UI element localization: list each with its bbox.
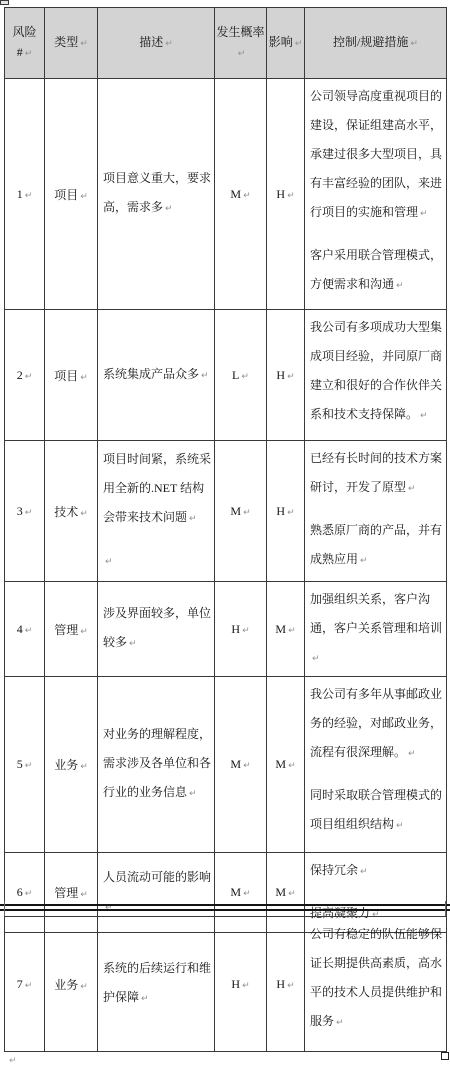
risk-number: 7 (17, 977, 33, 991)
table-row: 7 业务 系统的后续运行和维护保障 H H 公司有稳定的队伍能够保证长期提供高素… (5, 917, 447, 1052)
risk-description (103, 546, 212, 577)
risk-description: 系统的后续运行和维护保障 (103, 954, 212, 1014)
header-label: 影响 (269, 35, 303, 49)
risk-probability: M (230, 757, 250, 771)
risk-type-cell[interactable]: 管理 (45, 582, 98, 677)
risk-probability: M (230, 187, 250, 201)
risk-impact: M (275, 757, 295, 771)
risk-description: 人员流动可能的影响 (103, 863, 212, 923)
risk-type: 业务 (54, 978, 88, 992)
risk-description: 系统集成产品众多 (103, 360, 212, 391)
risk-probability-cell[interactable]: M (215, 677, 267, 853)
control-measure: 加强组织关系，客户沟通，客户关系管理和培训 (310, 585, 444, 674)
risk-controls-cell[interactable]: 公司有稳定的队伍能够保证长期提供高素质，高水平的技术人员提供维护和服务 (305, 917, 447, 1052)
risk-number-cell[interactable]: 3 (5, 441, 45, 582)
risk-controls-cell[interactable]: 我公司有多项成功大型集成项目经验，并同原厂商建立和很好的合作伙伴关系和技术支持保… (305, 310, 447, 441)
risk-impact: M (275, 622, 295, 636)
risk-number: 6 (17, 885, 33, 899)
risk-impact-cell[interactable]: M (267, 582, 305, 677)
risk-number: 4 (17, 622, 33, 636)
paragraph-mark-icon: ↵ (9, 1056, 17, 1066)
header-label: 类型 (54, 35, 88, 49)
risk-number: 3 (17, 504, 33, 518)
risk-type-cell[interactable]: 项目 (45, 79, 98, 310)
risk-description-cell[interactable]: 项目时间紧，系统采用全新的.NET 结构会带来技术问题 (98, 441, 215, 582)
risk-type: 业务 (54, 758, 88, 772)
risk-type: 管理 (54, 623, 88, 637)
table-row: 3 技术 项目时间紧，系统采用全新的.NET 结构会带来技术问题 M H 已经有… (5, 441, 447, 582)
table-row: 1 项目 项目意义重大，要求高，需求多 M H 公司领导高度重视项目的建设，保证… (5, 79, 447, 310)
control-measure: 公司领导高度重视项目的建设，保证组建高水平，承建过很多大型项目，具有丰富经验的团… (310, 82, 444, 229)
risk-type: 管理 (54, 886, 88, 900)
risk-description-cell[interactable]: 涉及界面较多，单位较多 (98, 582, 215, 677)
risk-type-cell[interactable]: 业务 (45, 677, 98, 853)
risk-probability-cell[interactable]: M (215, 79, 267, 310)
risk-description-cell[interactable]: 系统的后续运行和维护保障 (98, 917, 215, 1052)
risk-type-cell[interactable]: 业务 (45, 917, 98, 1052)
header-row: 风险# 类型 描述 发生概率 影响 控制/规避措施 (5, 8, 447, 79)
risk-impact: H (276, 368, 294, 382)
risk-number-cell[interactable]: 2 (5, 310, 45, 441)
risk-description: 项目意义重大，要求高，需求多 (103, 164, 212, 224)
risk-controls-cell[interactable]: 已经有长时间的技术方案研讨，开发了原型 熟悉原厂商的产品，并有成熟应用 (305, 441, 447, 582)
header-label: 描述 (139, 35, 173, 49)
table-move-handle-icon[interactable] (0, 0, 9, 5)
header-label: 控制/规避措施 (333, 35, 418, 49)
control-measure: 熟悉原厂商的产品，并有成熟应用 (310, 516, 444, 576)
risk-controls-cell[interactable]: 我公司有多年从事邮政业务的经验，对邮政业务，流程有很深理解。 同时采取联合管理模… (305, 677, 447, 853)
risk-number-cell[interactable]: 7 (5, 917, 45, 1052)
control-measure: 客户采用联合管理模式，方便需求和沟通 (310, 241, 444, 301)
table-resize-handle-icon[interactable] (441, 1052, 449, 1060)
risk-probability: M (230, 885, 250, 899)
risk-probability-cell[interactable]: H (215, 917, 267, 1052)
risk-number-cell[interactable]: 1 (5, 79, 45, 310)
risk-impact: H (276, 977, 294, 991)
header-label: 发生概率 (216, 25, 264, 59)
risk-table-continued: 7 业务 系统的后续运行和维护保障 H H 公司有稳定的队伍能够保证长期提供高素… (4, 916, 447, 1052)
risk-type: 项目 (54, 369, 88, 383)
risk-description: 项目时间紧，系统采用全新的.NET 结构会带来技术问题 (103, 445, 212, 534)
risk-controls-cell[interactable]: 加强组织关系，客户沟通，客户关系管理和培训 (305, 582, 447, 677)
risk-type: 项目 (54, 188, 88, 202)
risk-table: 风险# 类型 描述 发生概率 影响 控制/规避措施 1 项目 项目意义重大，要求… (4, 7, 447, 933)
risk-probability-cell[interactable]: L (215, 310, 267, 441)
header-cell-type[interactable]: 类型 (45, 8, 98, 79)
risk-impact-cell[interactable]: H (267, 917, 305, 1052)
risk-impact: H (276, 187, 294, 201)
risk-impact-cell[interactable]: H (267, 79, 305, 310)
risk-probability-cell[interactable]: H (215, 582, 267, 677)
risk-impact: H (276, 504, 294, 518)
risk-description-cell[interactable]: 对业务的理解程度，需求涉及各单位和各行业的业务信息 (98, 677, 215, 853)
table-row: 2 项目 系统集成产品众多 L H 我公司有多项成功大型集成项目经验，并同原厂商… (5, 310, 447, 441)
control-measure: 公司有稳定的队伍能够保证长期提供高素质，高水平的技术人员提供维护和服务 (310, 920, 444, 1038)
control-measure: 已经有长时间的技术方案研讨，开发了原型 (310, 444, 444, 504)
risk-impact-cell[interactable]: H (267, 310, 305, 441)
risk-impact-cell[interactable]: H (267, 441, 305, 582)
risk-description-cell[interactable]: 系统集成产品众多 (98, 310, 215, 441)
risk-impact: M (275, 885, 295, 899)
risk-type-cell[interactable]: 项目 (45, 310, 98, 441)
control-measure: 我公司有多年从事邮政业务的经验，对邮政业务，流程有很深理解。 (310, 680, 444, 769)
risk-probability-cell[interactable]: M (215, 441, 267, 582)
table-row: 4 管理 涉及界面较多，单位较多 H M 加强组织关系，客户沟通，客户关系管理和… (5, 582, 447, 677)
control-measure: 我公司有多项成功大型集成项目经验，并同原厂商建立和很好的合作伙伴关系和技术支持保… (310, 313, 444, 431)
risk-controls-cell[interactable]: 公司领导高度重视项目的建设，保证组建高水平，承建过很多大型项目，具有丰富经验的团… (305, 79, 447, 310)
table-row: 5 业务 对业务的理解程度，需求涉及各单位和各行业的业务信息 M M 我公司有多… (5, 677, 447, 853)
risk-probability: L (232, 368, 249, 382)
risk-type: 技术 (54, 505, 88, 519)
risk-description: 对业务的理解程度，需求涉及各单位和各行业的业务信息 (103, 720, 212, 809)
risk-probability: M (230, 504, 250, 518)
header-cell-impact[interactable]: 影响 (267, 8, 305, 79)
risk-type-cell[interactable]: 技术 (45, 441, 98, 582)
risk-probability: H (231, 622, 249, 636)
header-cell-controls[interactable]: 控制/规避措施 (305, 8, 447, 79)
risk-number-cell[interactable]: 5 (5, 677, 45, 853)
risk-description-cell[interactable]: 项目意义重大，要求高，需求多 (98, 79, 215, 310)
document-page: 风险# 类型 描述 发生概率 影响 控制/规避措施 1 项目 项目意义重大，要求… (0, 0, 450, 1075)
risk-number: 2 (17, 368, 33, 382)
risk-impact-cell[interactable]: M (267, 677, 305, 853)
risk-description: 涉及界面较多，单位较多 (103, 599, 212, 659)
header-cell-risk-number[interactable]: 风险# (5, 8, 45, 79)
risk-number-cell[interactable]: 4 (5, 582, 45, 677)
header-cell-description[interactable]: 描述 (98, 8, 215, 79)
risk-number: 5 (17, 757, 33, 771)
header-label: 风险# (12, 25, 36, 59)
header-cell-probability[interactable]: 发生概率 (215, 8, 267, 79)
page-break-rule (0, 904, 450, 911)
risk-number: 1 (17, 187, 33, 201)
risk-probability: H (231, 977, 249, 991)
control-measure: 保持冗余 (310, 856, 444, 887)
control-measure: 同时采取联合管理模式的项目组组织结构 (310, 781, 444, 841)
